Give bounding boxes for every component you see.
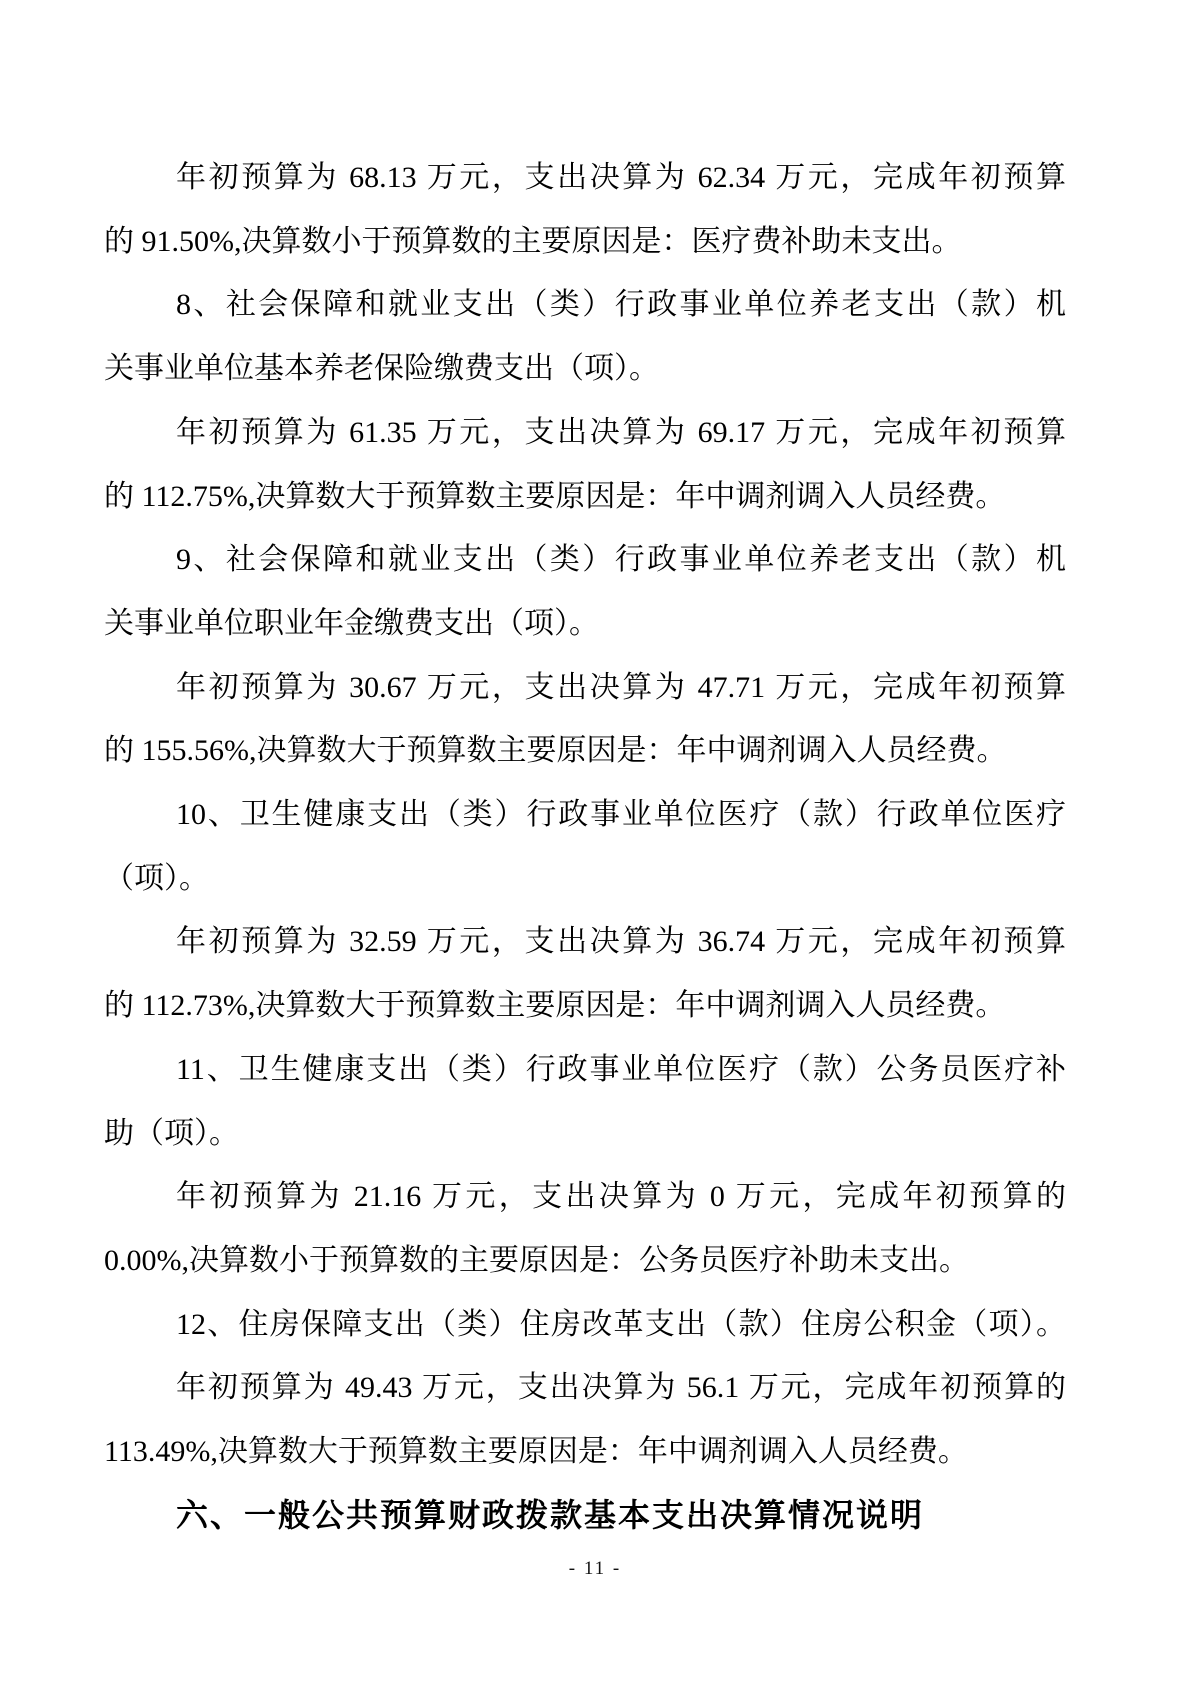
text-line: 年初预算为 49.43 万元，支出决算为 56.1 万元，完成年初预算的 — [104, 1356, 1066, 1420]
text-line: 12、住房保障支出（类）住房改革支出（款）住房公积金（项）。 — [104, 1293, 1066, 1357]
paragraph: 11、卫生健康支出（类）行政事业单位医疗（款）公务员医疗补助（项）。 — [104, 1038, 1066, 1165]
text-line: 关事业单位基本养老保险缴费支出（项）。 — [104, 337, 1066, 401]
text-line: 关事业单位职业年金缴费支出（项）。 — [104, 592, 1066, 656]
paragraph: 年初预算为 49.43 万元，支出决算为 56.1 万元，完成年初预算的113.… — [104, 1356, 1066, 1483]
text-line: 助（项）。 — [104, 1102, 1066, 1166]
paragraph: 年初预算为 21.16 万元，支出决算为 0 万元，完成年初预算的0.00%,决… — [104, 1165, 1066, 1292]
paragraph: 8、社会保障和就业支出（类）行政事业单位养老支出（款）机关事业单位基本养老保险缴… — [104, 273, 1066, 400]
text-line: 的 155.56%,决算数大于预算数主要原因是：年中调剂调入人员经费。 — [104, 719, 1066, 783]
text-line: 0.00%,决算数小于预算数的主要原因是：公务员医疗补助未支出。 — [104, 1229, 1066, 1293]
text-line: 年初预算为 32.59 万元，支出决算为 36.74 万元，完成年初预算 — [104, 910, 1066, 974]
text-line: 六、一般公共预算财政拨款基本支出决算情况说明 — [104, 1484, 1066, 1548]
page-number: - 11 - — [0, 1558, 1190, 1580]
text-line: 10、卫生健康支出（类）行政事业单位医疗（款）行政单位医疗 — [104, 783, 1066, 847]
paragraph: 年初预算为 68.13 万元，支出决算为 62.34 万元，完成年初预算的 91… — [104, 146, 1066, 273]
paragraph: 年初预算为 61.35 万元，支出决算为 69.17 万元，完成年初预算的 11… — [104, 401, 1066, 528]
text-line: 年初预算为 68.13 万元，支出决算为 62.34 万元，完成年初预算 — [104, 146, 1066, 210]
text-line: 年初预算为 30.67 万元，支出决算为 47.71 万元，完成年初预算 — [104, 656, 1066, 720]
paragraph: 10、卫生健康支出（类）行政事业单位医疗（款）行政单位医疗（项）。 — [104, 783, 1066, 910]
text-line: 年初预算为 61.35 万元，支出决算为 69.17 万元，完成年初预算 — [104, 401, 1066, 465]
document-body: 年初预算为 68.13 万元，支出决算为 62.34 万元，完成年初预算的 91… — [104, 146, 1066, 1547]
text-line: 11、卫生健康支出（类）行政事业单位医疗（款）公务员医疗补 — [104, 1038, 1066, 1102]
paragraph: 9、社会保障和就业支出（类）行政事业单位养老支出（款）机关事业单位职业年金缴费支… — [104, 528, 1066, 655]
text-line: 113.49%,决算数大于预算数主要原因是：年中调剂调入人员经费。 — [104, 1420, 1066, 1484]
paragraph: 年初预算为 32.59 万元，支出决算为 36.74 万元，完成年初预算的 11… — [104, 910, 1066, 1037]
document-page: 年初预算为 68.13 万元，支出决算为 62.34 万元，完成年初预算的 91… — [0, 0, 1190, 1683]
paragraph: 12、住房保障支出（类）住房改革支出（款）住房公积金（项）。 — [104, 1293, 1066, 1357]
paragraph: 年初预算为 30.67 万元，支出决算为 47.71 万元，完成年初预算的 15… — [104, 656, 1066, 783]
text-line: 的 91.50%,决算数小于预算数的主要原因是：医疗费补助未支出。 — [104, 210, 1066, 274]
section-heading: 六、一般公共预算财政拨款基本支出决算情况说明 — [104, 1484, 1066, 1548]
text-line: 年初预算为 21.16 万元，支出决算为 0 万元，完成年初预算的 — [104, 1165, 1066, 1229]
text-line: （项）。 — [104, 847, 1066, 911]
text-line: 的 112.73%,决算数大于预算数主要原因是：年中调剂调入人员经费。 — [104, 974, 1066, 1038]
text-line: 的 112.75%,决算数大于预算数主要原因是：年中调剂调入人员经费。 — [104, 465, 1066, 529]
text-line: 8、社会保障和就业支出（类）行政事业单位养老支出（款）机 — [104, 273, 1066, 337]
text-line: 9、社会保障和就业支出（类）行政事业单位养老支出（款）机 — [104, 528, 1066, 592]
